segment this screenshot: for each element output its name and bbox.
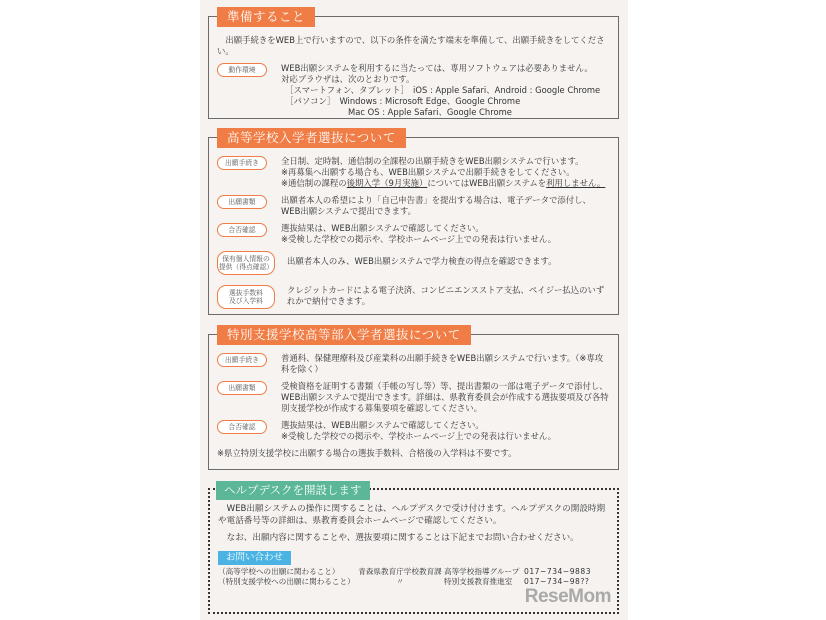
row-text: ※通信制の課程の後期入学（9月実施）についてはWEB出願システムを利用しません。 (281, 178, 610, 189)
section-high-school: 高等学校入学者選抜について 出願手続き 全日制、定時制、通信制の全課程の出願手続… (208, 137, 619, 315)
label-badge: 動作環境 (217, 63, 267, 77)
row-text: WEB出願システムを利用するに当たっては、専用ソフトウェアは必要ありません。 (281, 63, 610, 74)
contact-topic: （高等学校への出願に関わること） (218, 567, 356, 577)
label-badge: 出願書類 (217, 195, 267, 209)
section-preparation: 準備すること 出願手続きをWEB上で行いますので、以下の条件を満たす端末を準備し… (208, 16, 619, 119)
row-text: 受検資格を証明する書類（手帳の写し等）等、提出書類の一部は電子データで添付し、W… (281, 381, 610, 414)
row-text: 出願者本人のみ、WEB出願システムで学力検査の得点を確認できます。 (287, 256, 610, 267)
contact-topic: （特別支援学校への出願に関わること） (218, 577, 356, 587)
fee-note: ※県立特別支援学校に出願する場合の選抜手数料、合格後の入学料は不要です。 (217, 448, 610, 459)
helpdesk-title: ヘルプデスクを開設します (216, 481, 370, 500)
section-special-support: 特別支援学校高等部入学者選抜について 出願手続き 普通科、保健理療科及び産業科の… (208, 334, 619, 470)
row-text: 対応ブラウザは、次のとおりです。 (281, 74, 610, 85)
contact-phone: 017−734−98?? (524, 577, 589, 587)
contact-office: 〃 (356, 577, 444, 587)
contact-phone: 017−734−9883 (524, 567, 591, 577)
label-badge: 出願書類 (217, 381, 267, 395)
row-text: ※受検した学校での掲示や、学校ホームページ上での発表は行いません。 (281, 431, 610, 442)
helpdesk-paragraph: なお、出願内容に関することや、選抜要項に関することは下記までお問い合わせください… (218, 533, 609, 545)
list-item: 動作環境 WEB出願システムを利用するに当たっては、専用ソフトウェアは必要ありま… (217, 63, 610, 118)
section-title: 高等学校入学者選抜について (217, 128, 406, 148)
row-text: Mac OS : Apple Safari、Google Chrome (281, 107, 610, 118)
list-item: 出願書類 受検資格を証明する書類（手帳の写し等）等、提出書類の一部は電子データで… (217, 381, 610, 414)
contact-row: （高等学校への出願に関わること） 青森県教育庁学校教育課 高等学校指導グループ … (218, 567, 609, 577)
list-item: 合否確認 選抜結果は、WEB出願システムで確認してください。 ※受検した学校での… (217, 420, 610, 442)
label-badge: 出願手続き (217, 353, 267, 367)
section-title: 準備すること (217, 7, 315, 27)
row-text: 出願者本人の希望により「自己申告書」を提出する場合は、電子データで添付し、WEB… (281, 195, 610, 217)
row-text: ［スマートフォン、タブレット］ iOS : Apple Safari、Andro… (281, 85, 610, 96)
section-title: 特別支援学校高等部入学者選抜について (217, 325, 471, 345)
label-badge: 合否確認 (217, 223, 267, 237)
helpdesk-paragraph: WEB出願システムの操作に関することは、ヘルプデスクで受け付けます。ヘルプデスク… (218, 504, 609, 527)
row-text: 選抜結果は、WEB出願システムで確認してください。 (281, 223, 610, 234)
label-badge: 選抜手数料及び入学料 (217, 285, 275, 309)
row-text: ※受検した学校での掲示や、学校ホームページ上での発表は行いません。 (281, 234, 610, 245)
list-item: 保有個人情報の提供（得点確認） 出願者本人のみ、WEB出願システムで学力検査の得… (217, 251, 610, 275)
row-text: ※再募集へ出願する場合も、WEB出願システムで出願手続きをしてください。 (281, 167, 610, 178)
list-item: 出願書類 出願者本人の希望により「自己申告書」を提出する場合は、電子データで添付… (217, 195, 610, 217)
list-item: 出願手続き 全日制、定時制、通信制の全課程の出願手続きをWEB出願システムで行い… (217, 156, 610, 189)
row-text: 普通科、保健理療科及び産業科の出願手続きをWEB出願システムで行います。（※専攻… (281, 353, 610, 375)
contact-office: 青森県教育庁学校教育課 (356, 567, 444, 577)
contact-row: （特別支援学校への出願に関わること） 〃 特別支援教育推進室 017−734−9… (218, 577, 609, 587)
row-text: 選抜結果は、WEB出願システムで確認してください。 (281, 420, 610, 431)
row-text: 全日制、定時制、通信制の全課程の出願手続きをWEB出願システムで行います。 (281, 156, 610, 167)
list-item: 選抜手数料及び入学料 クレジットカードによる電子決済、コンビニエンスストア支払、… (217, 285, 610, 309)
contact-group: 特別支援教育推進室 (444, 577, 524, 587)
label-badge: 出願手続き (217, 156, 267, 170)
row-text: クレジットカードによる電子決済、コンビニエンスストア支払、ペイジー払込のいずれか… (287, 285, 610, 307)
list-item: 合否確認 選抜結果は、WEB出願システムで確認してください。 ※受検した学校での… (217, 223, 610, 245)
list-item: 出願手続き 普通科、保健理療科及び産業科の出願手続きをWEB出願システムで行いま… (217, 353, 610, 375)
document-page: 準備すること 出願手続きをWEB上で行いますので、以下の条件を満たす端末を準備し… (200, 0, 628, 620)
row-text: ［パソコン］ Windows : Microsoft Edge、Google C… (281, 96, 610, 107)
label-badge: 合否確認 (217, 420, 267, 434)
contact-group: 高等学校指導グループ (444, 567, 524, 577)
helpdesk-box: ヘルプデスクを開設します WEB出願システムの操作に関することは、ヘルプデスクで… (208, 488, 619, 614)
intro-text: 出願手続きをWEB上で行いますので、以下の条件を満たす端末を準備して、出願手続き… (217, 35, 610, 57)
contact-title: お問い合わせ (218, 551, 291, 565)
label-badge: 保有個人情報の提供（得点確認） (217, 251, 275, 275)
watermark-logo: ReseMom (525, 586, 611, 608)
